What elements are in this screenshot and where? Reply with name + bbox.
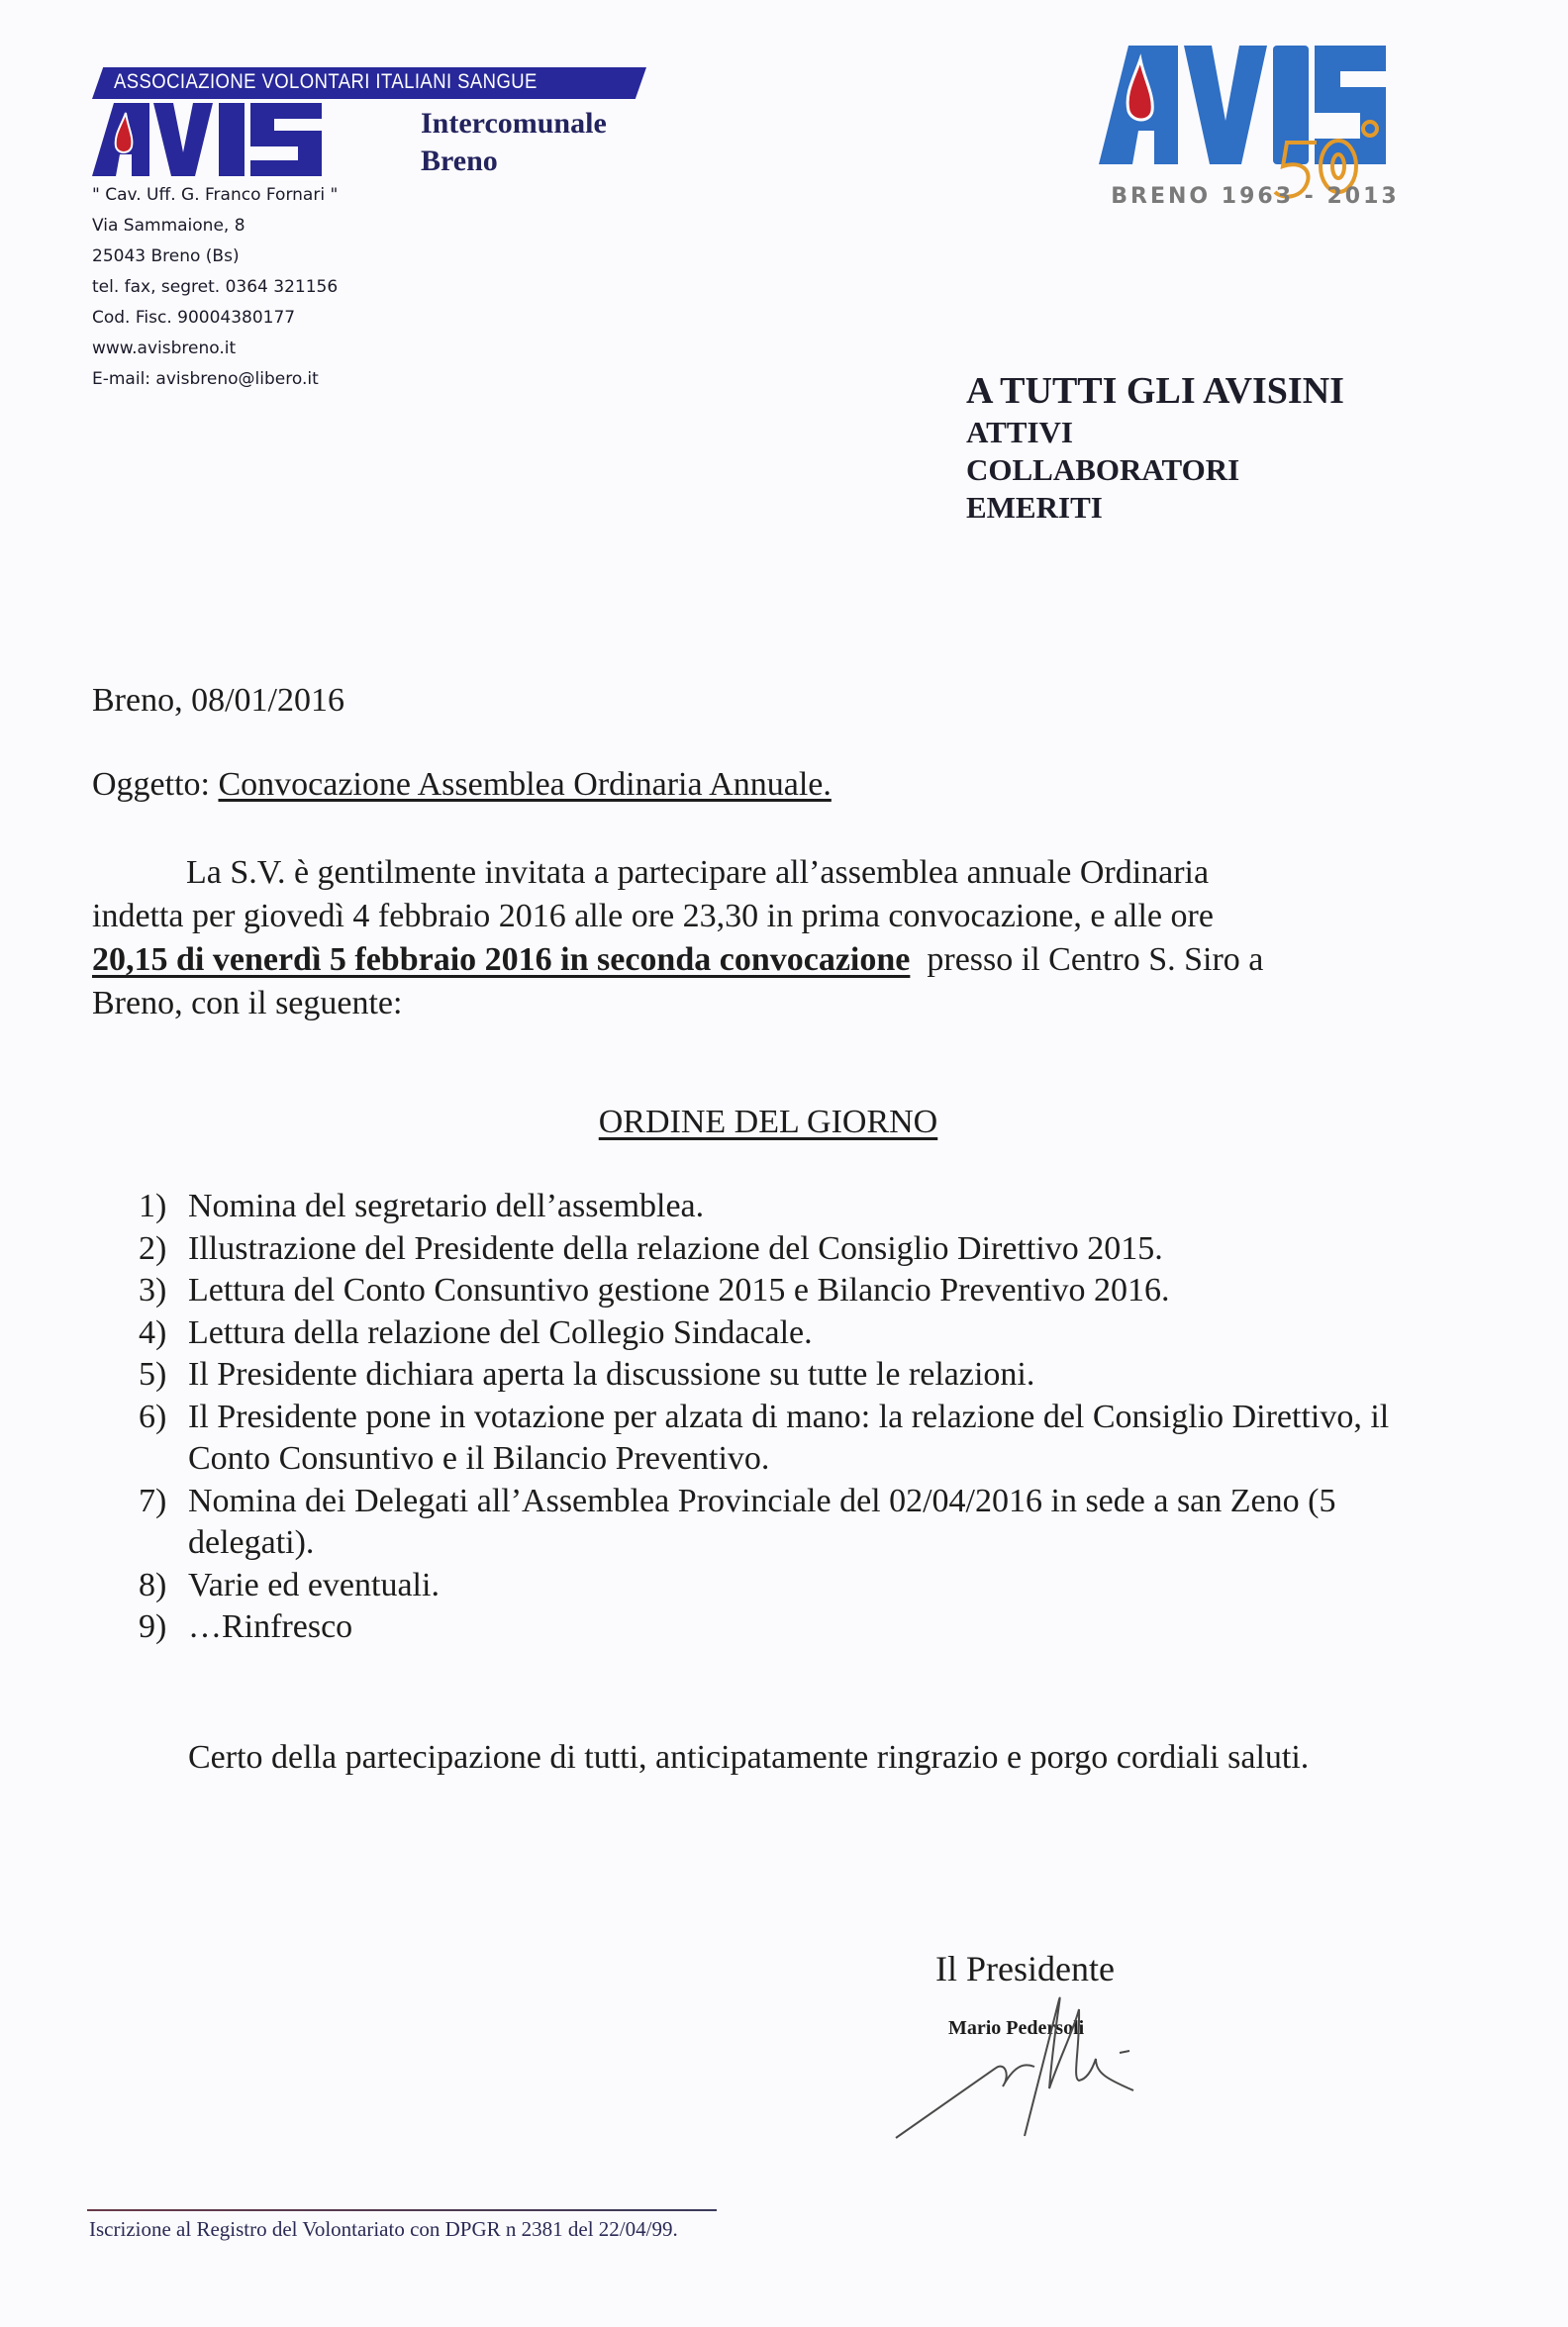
item-number: 1): [139, 1186, 188, 1228]
paragraph-text: presso il Centro S. Siro a: [910, 941, 1263, 978]
item-number: 4): [139, 1312, 188, 1355]
agenda-title-text: ORDINE DEL GIORNO: [599, 1104, 937, 1140]
second-call-highlight: 20,15 di venerdì 5 febbraio 2016 in seco…: [92, 941, 910, 978]
item-text: …Rinfresco: [188, 1606, 1445, 1649]
tax-code-line: Cod. Fisc. 90004380177: [92, 303, 338, 334]
footer-divider: [87, 2209, 717, 2211]
agenda-item: 1)Nomina del segretario dell’assemblea.: [139, 1186, 1445, 1228]
recipients-main: A TUTTI GLI AVISINI: [966, 368, 1344, 414]
registry-note: Iscrizione al Registro del Volontariato …: [89, 2217, 678, 2242]
item-number: 2): [139, 1228, 188, 1271]
address-block: " Cav. Uff. G. Franco Fornari " Via Samm…: [92, 180, 338, 395]
branch-name: Intercomunale Breno: [421, 105, 607, 180]
invitation-paragraph: La S.V. è gentilmente invitata a parteci…: [92, 851, 1458, 1025]
item-text: Il Presidente pone in votazione per alza…: [188, 1397, 1445, 1481]
agenda-title: ORDINE DEL GIORNO: [0, 1101, 1536, 1144]
website-line: www.avisbreno.it: [92, 334, 338, 364]
association-name: ASSOCIAZIONE VOLONTARI ITALIANI SANGUE: [114, 70, 538, 94]
agenda-item: 8)Varie ed eventuali.: [139, 1565, 1445, 1607]
recipient-group: EMERITI: [966, 489, 1344, 527]
subject-line: Oggetto: Convocazione Assemblea Ordinari…: [92, 763, 832, 807]
item-text: Varie ed eventuali.: [188, 1565, 1445, 1607]
paragraph-line: Breno, con il seguente:: [92, 982, 1458, 1025]
item-text: Il Presidente dichiara aperta la discuss…: [188, 1354, 1445, 1397]
agenda-item: 2)Illustrazione del Presidente della rel…: [139, 1228, 1445, 1271]
branch-line-2: Breno: [421, 143, 607, 180]
item-text: Illustrazione del Presidente della relaz…: [188, 1228, 1445, 1271]
item-text: Nomina del segretario dell’assemblea.: [188, 1186, 1445, 1228]
phone-line: tel. fax, segret. 0364 321156: [92, 272, 338, 303]
agenda-item: 4)Lettura della relazione del Collegio S…: [139, 1312, 1445, 1355]
branch-line-1: Intercomunale: [421, 105, 607, 143]
agenda-item: 5)Il Presidente dichiara aperta la discu…: [139, 1354, 1445, 1397]
agenda-item: 7)Nomina dei Delegati all’Assemblea Prov…: [139, 1481, 1445, 1565]
paragraph-line: La S.V. è gentilmente invitata a parteci…: [92, 851, 1458, 895]
closing-text: Certo della partecipazione di tutti, ant…: [188, 1736, 1465, 1780]
agenda-item: 6)Il Presidente pone in votazione per al…: [139, 1397, 1445, 1481]
recipient-group: ATTIVI: [966, 414, 1344, 451]
subject-label: Oggetto:: [92, 766, 218, 803]
paragraph-line: indetta per giovedì 4 febbraio 2016 alle…: [92, 895, 1458, 938]
item-number: 8): [139, 1565, 188, 1607]
item-text: Lettura del Conto Consuntivo gestione 20…: [188, 1270, 1445, 1312]
item-number: 7): [139, 1481, 188, 1565]
item-number: 9): [139, 1606, 188, 1649]
item-number: 6): [139, 1397, 188, 1481]
recipient-group: COLLABORATORI: [966, 451, 1344, 489]
address-line: Via Sammaione, 8: [92, 211, 338, 242]
subject-text: Convocazione Assemblea Ordinaria Annuale…: [218, 766, 831, 803]
paragraph-line: 20,15 di venerdì 5 febbraio 2016 in seco…: [92, 938, 1458, 982]
item-text: Lettura della relazione del Collegio Sin…: [188, 1312, 1445, 1355]
avis-logo: [92, 103, 322, 176]
item-number: 3): [139, 1270, 188, 1312]
item-text: Nomina dei Delegati all’Assemblea Provin…: [188, 1481, 1445, 1565]
agenda-list: 1)Nomina del segretario dell’assemblea. …: [139, 1186, 1445, 1649]
anniversary-caption: BRENO 1963 - 2013: [1097, 184, 1414, 209]
address-line: 25043 Breno (Bs): [92, 242, 338, 272]
agenda-item: 3)Lettura del Conto Consuntivo gestione …: [139, 1270, 1445, 1312]
address-line: " Cav. Uff. G. Franco Fornari ": [92, 180, 338, 211]
handwritten-signature: [886, 1970, 1163, 2143]
recipients: A TUTTI GLI AVISINI ATTIVI COLLABORATORI…: [966, 368, 1344, 527]
agenda-item: 9)…Rinfresco: [139, 1606, 1445, 1649]
item-number: 5): [139, 1354, 188, 1397]
email-line: E-mail: avisbreno@libero.it: [92, 364, 338, 395]
date-line: Breno, 08/01/2016: [92, 679, 344, 723]
association-banner: ASSOCIAZIONE VOLONTARI ITALIANI SANGUE: [92, 67, 646, 99]
